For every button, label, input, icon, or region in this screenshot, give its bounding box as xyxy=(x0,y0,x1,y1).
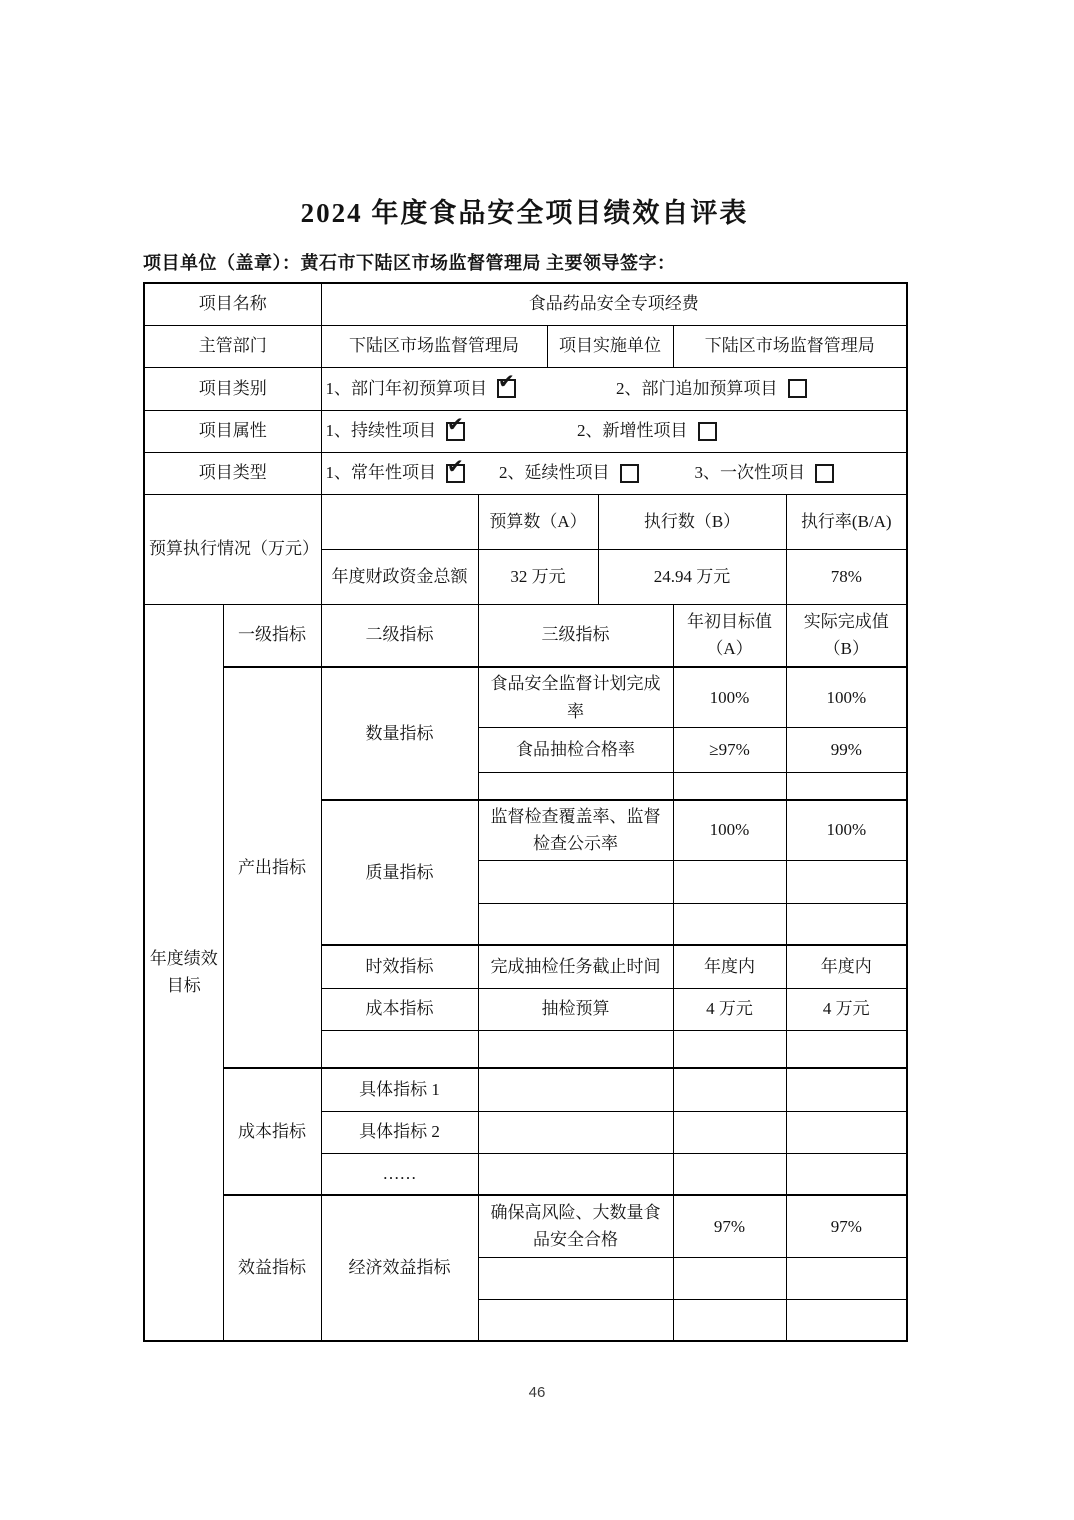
empty-cell xyxy=(478,1068,673,1111)
empty-cell xyxy=(786,1030,907,1068)
checkbox-icon xyxy=(815,464,834,483)
attribute-option-1: 1、持续性项目 xyxy=(326,417,466,445)
header-l1: 一级指标 xyxy=(223,604,321,667)
indicator-name: 监督检查覆盖率、监督检查公示率 xyxy=(478,800,673,861)
l2-cost: 成本指标 xyxy=(321,988,478,1030)
empty-cell xyxy=(478,1111,673,1153)
empty-cell xyxy=(478,903,673,945)
option-label: 2、新增性项目 xyxy=(577,417,688,445)
indicator-target: ≥97% xyxy=(673,728,786,773)
project-name-value: 食品药品安全专项经费 xyxy=(321,283,907,325)
annual-funds-label: 年度财政资金总额 xyxy=(321,549,478,604)
indicator-actual: 4 万元 xyxy=(786,988,907,1030)
checkbox-icon xyxy=(497,379,516,398)
impl-unit-label: 项目实施单位 xyxy=(547,325,673,367)
checkbox-icon xyxy=(446,422,465,441)
executed-amount: 24.94 万元 xyxy=(598,549,786,604)
budget-rate-header: 执行率(B/A) xyxy=(786,494,907,549)
category-options: 1、部门年初预算项目 2、部门追加预算项目 xyxy=(321,367,907,410)
empty-cell xyxy=(673,1030,786,1068)
header-target: 年初目标值（A） xyxy=(673,604,786,667)
empty-cell xyxy=(673,903,786,945)
impl-unit-value: 下陆区市场监督管理局 xyxy=(673,325,907,367)
l2-ellipsis: …… xyxy=(321,1153,478,1195)
empty-cell xyxy=(786,1299,907,1341)
checkbox-icon xyxy=(620,464,639,483)
l2-time: 时效指标 xyxy=(321,945,478,988)
performance-side-label: 年度绩效目标 xyxy=(144,604,223,1341)
l2-specific-1: 具体指标 1 xyxy=(321,1068,478,1111)
budget-col-a-header: 预算数（A） xyxy=(478,494,598,549)
option-label: 2、部门追加预算项目 xyxy=(616,375,778,403)
attribute-options: 1、持续性项目 2、新增性项目 xyxy=(321,410,907,452)
empty-cell xyxy=(478,1030,673,1068)
empty-cell xyxy=(478,1257,673,1299)
checkbox-icon xyxy=(698,422,717,441)
header-l3: 三级指标 xyxy=(478,604,673,667)
header-actual: 实际完成值（B） xyxy=(786,604,907,667)
empty-cell xyxy=(786,860,907,903)
subtitle: 项目单位（盖章）：黄石市下陆区市场监督管理局 主要领导签字： xyxy=(143,251,906,275)
checkbox-icon xyxy=(788,379,807,398)
option-label: 1、常年性项目 xyxy=(326,459,437,487)
l2-economic: 经济效益指标 xyxy=(321,1195,478,1341)
option-label: 2、延续性项目 xyxy=(499,459,610,487)
empty-cell xyxy=(673,773,786,800)
attribute-label: 项目属性 xyxy=(144,410,321,452)
l2-specific-2: 具体指标 2 xyxy=(321,1111,478,1153)
category-option-1: 1、部门年初预算项目 xyxy=(326,375,517,403)
empty-cell xyxy=(478,773,673,800)
indicator-actual: 100% xyxy=(786,800,907,861)
empty-cell xyxy=(321,1030,478,1068)
indicator-name: 食品抽检合格率 xyxy=(478,728,673,773)
dept-label: 主管部门 xyxy=(144,325,321,367)
type-option-2: 2、延续性项目 xyxy=(499,459,639,487)
indicator-target: 年度内 xyxy=(673,945,786,988)
empty-cell xyxy=(786,1257,907,1299)
type-options: 1、常年性项目 2、延续性项目 3、一次性项目 xyxy=(321,452,907,494)
indicator-target: 100% xyxy=(673,800,786,861)
budget-section-label: 预算执行情况（万元） xyxy=(144,494,321,604)
option-label: 1、持续性项目 xyxy=(326,417,437,445)
type-option-1: 1、常年性项目 xyxy=(326,459,466,487)
budget-col-b-header: 执行数（B） xyxy=(598,494,786,549)
l1-benefit: 效益指标 xyxy=(223,1195,321,1341)
empty-cell xyxy=(673,1153,786,1195)
project-name-label: 项目名称 xyxy=(144,283,321,325)
budget-amount: 32 万元 xyxy=(478,549,598,604)
type-label: 项目类型 xyxy=(144,452,321,494)
page-number: 46 xyxy=(0,1384,1074,1401)
indicator-target: 4 万元 xyxy=(673,988,786,1030)
empty-cell xyxy=(673,1257,786,1299)
option-label: 1、部门年初预算项目 xyxy=(326,375,488,403)
indicator-name: 食品安全监督计划完成率 xyxy=(478,667,673,728)
attribute-option-2: 2、新增性项目 xyxy=(577,417,717,445)
empty-cell xyxy=(478,1153,673,1195)
l1-output: 产出指标 xyxy=(223,667,321,1068)
empty-cell xyxy=(478,1299,673,1341)
empty-cell xyxy=(321,494,478,549)
empty-cell xyxy=(786,903,907,945)
header-l2: 二级指标 xyxy=(321,604,478,667)
category-option-2: 2、部门追加预算项目 xyxy=(616,375,807,403)
indicator-actual: 100% xyxy=(786,667,907,728)
dept-value: 下陆区市场监督管理局 xyxy=(321,325,547,367)
l2-quantity: 数量指标 xyxy=(321,667,478,800)
indicator-name: 完成抽检任务截止时间 xyxy=(478,945,673,988)
self-evaluation-table: 项目名称 食品药品安全专项经费 主管部门 下陆区市场监督管理局 项目实施单位 下… xyxy=(143,282,908,1342)
empty-cell xyxy=(786,1068,907,1111)
indicator-target: 100% xyxy=(673,667,786,728)
indicator-actual: 97% xyxy=(786,1195,907,1257)
checkbox-icon xyxy=(446,464,465,483)
document-page: 2024 年度食品安全项目绩效自评表 项目单位（盖章）：黄石市下陆区市场监督管理… xyxy=(143,0,906,1342)
empty-cell xyxy=(673,1068,786,1111)
l1-cost: 成本指标 xyxy=(223,1068,321,1195)
indicator-name: 确保高风险、大数量食品安全合格 xyxy=(478,1195,673,1257)
empty-cell xyxy=(786,1153,907,1195)
page-title: 2024 年度食品安全项目绩效自评表 xyxy=(143,0,906,232)
empty-cell xyxy=(673,860,786,903)
indicator-target: 97% xyxy=(673,1195,786,1257)
empty-cell xyxy=(786,773,907,800)
empty-cell xyxy=(478,860,673,903)
empty-cell xyxy=(673,1299,786,1341)
empty-cell xyxy=(673,1111,786,1153)
type-option-3: 3、一次性项目 xyxy=(695,459,835,487)
empty-cell xyxy=(786,1111,907,1153)
indicator-name: 抽检预算 xyxy=(478,988,673,1030)
category-label: 项目类别 xyxy=(144,367,321,410)
indicator-actual: 年度内 xyxy=(786,945,907,988)
l2-quality: 质量指标 xyxy=(321,800,478,946)
indicator-actual: 99% xyxy=(786,728,907,773)
option-label: 3、一次性项目 xyxy=(695,459,806,487)
execution-rate: 78% xyxy=(786,549,907,604)
